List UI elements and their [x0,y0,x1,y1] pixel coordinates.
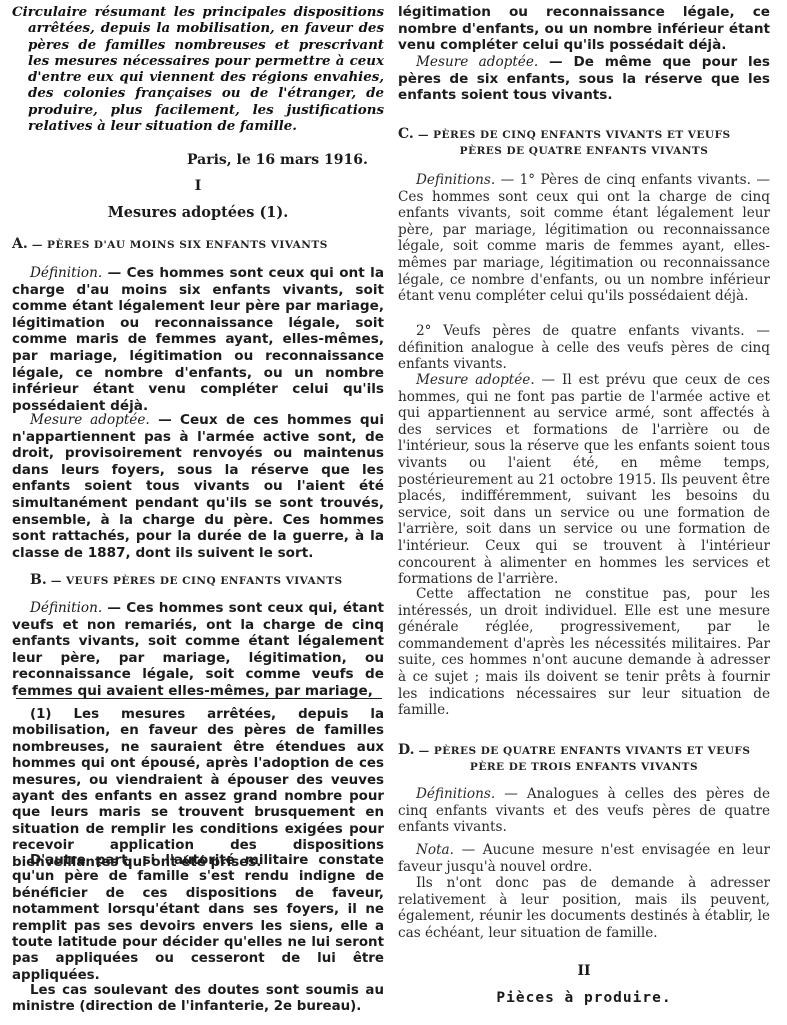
section-heading-c: C. — Pères de cinq enfants vivants et ve… [398,126,770,159]
section-c-definition-2: 2° Veufs pères de quatre enfants vivants… [398,323,770,373]
section-heading-c-line2: pères de quatre enfants vivants [398,143,770,159]
footnote-divider [16,698,382,699]
nota-text: — Aucune mesure n'est envisagée en leur … [398,842,770,875]
section-a-definition: Définition. — Ces hommes sont ceux qui o… [12,265,384,414]
nota-label: Nota. [416,842,454,858]
section-b-definition-continued: légitimation ou reconnaissance légale, c… [398,4,770,54]
definition-label: Definitions. [416,172,495,188]
section-letter-c: C. [398,126,414,142]
definition-text: — 1° Pères de cinq enfants vivants. — Ce… [398,172,770,304]
dateline: Paris, le 16 mars 1916. [187,152,368,168]
section-d-extra: Ils n'ont donc pas de demande à adresser… [398,875,770,941]
section-d-definition: Définitions. — Analogues à celles des pè… [398,786,770,836]
section-letter-a: A. [12,236,28,252]
circular-summary: Circulaire résumant les principales disp… [12,4,384,134]
section-c-definition: Definitions. — 1° Pères de cinq enfants … [398,172,770,305]
section-b-measure: Mesure adoptée. — De même que pour les p… [398,54,770,104]
footnote-p3: Les cas soulevant des doutes sont soumis… [12,983,384,1016]
section-heading-a-text: — Pères d'au moins six enfants vivants [32,239,328,251]
section-letter-b: B. [30,572,47,588]
footnote-p1: (1) Les mesures arrêtées, depuis la mobi… [12,707,384,871]
part-numeral-1: I [12,178,384,194]
section-c-note: Cette affectation ne constitue pas, pour… [398,586,770,719]
section-heading-d-line2: père de trois enfants vivants [398,759,770,775]
definition-label: Définitions. [416,786,495,802]
part-title-2: Pièces à produire. [398,990,770,1006]
measure-text: — Ceux de ces hommes qui n'appartiennent… [12,412,384,561]
section-heading-b-text: — Veufs pères de cinq enfants vivants [51,575,343,587]
section-a-measure: Mesure adoptée. — Ceux de ces hommes qui… [12,412,384,561]
section-letter-d: D. [398,742,415,758]
footnote-p2: D'autre part, si l'autorité militaire co… [12,853,384,984]
part-title-1: Mesures adoptées (1). [12,204,384,221]
section-c-measure: Mesure adoptée. — Il est prévu que ceux … [398,372,770,588]
part-numeral-2: II [398,963,770,979]
section-b-definition: Définition. — Ces hommes sont ceux qui, … [12,600,384,700]
measure-label: Mesure adoptée. [416,372,535,388]
measure-text: — Il est prévu que ceux de ces hommes, q… [398,372,770,587]
measure-label: Mesure adoptée. [416,54,538,70]
section-heading-d: D. — Pères de quatre enfants vivants et … [398,742,770,775]
definition-text: — Ces hommes sont ceux qui ont la charge… [12,265,384,414]
section-heading-c-line1: — Pères de cinq enfants vivants et veufs [418,129,731,141]
definition-label: Définition. [30,265,102,281]
section-d-nota: Nota. — Aucune mesure n'est envisagée en… [398,842,770,875]
definition-label: Définition. [30,600,102,616]
section-heading-d-line1: — Pères de quatre enfants vivants et veu… [419,745,751,757]
section-heading-a: A. — Pères d'au moins six enfants vivant… [12,236,384,252]
section-heading-b: B. — Veufs pères de cinq enfants vivants [30,572,384,588]
measure-label: Mesure adoptée. [30,412,150,428]
